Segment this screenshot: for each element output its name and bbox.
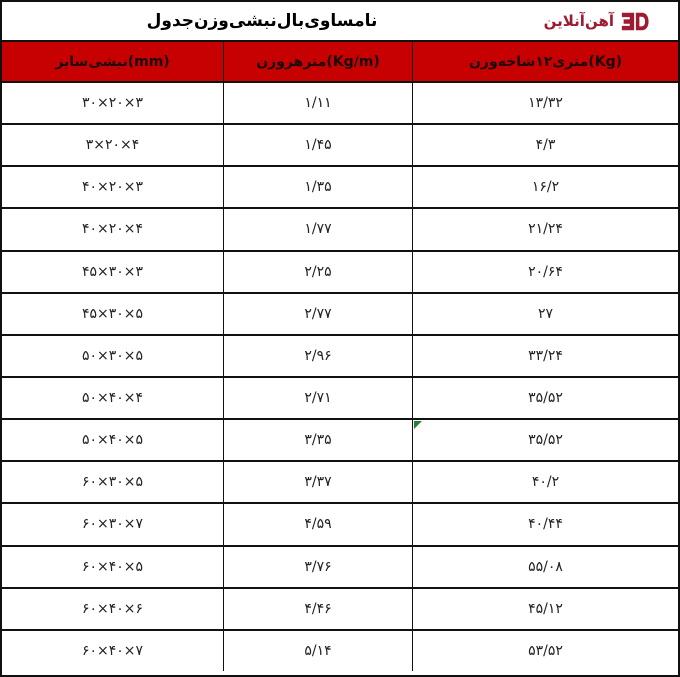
table-row: ۴۵×۳۰×۵ ۲/۷۷ ۲۷ — [2, 294, 678, 336]
cell-weight-per-meter: ۳/۳۵ — [223, 420, 412, 460]
cell-weight-12m-branch: ۳۵/۵۲ — [412, 420, 678, 460]
column-header-weight-per-meter: وزن هر متر (Kg/m) — [223, 42, 412, 81]
comment-flag-icon — [414, 421, 422, 429]
cell-weight-12m-branch: ۱۶/۲ — [412, 167, 678, 207]
cell-weight-12m-branch: ۲۱/۲۴ — [412, 209, 678, 249]
table-row: ۵۰×۳۰×۵ ۲/۹۶ ۳۳/۲۴ — [2, 336, 678, 378]
table-row: ۵۰×۴۰×۵ ۳/۳۵ ۳۵/۵۲ — [2, 420, 678, 462]
cell-size: ۵۰×۳۰×۵ — [2, 336, 223, 376]
cell-size: ۶۰×۳۰×۵ — [2, 462, 223, 502]
cell-weight-per-meter: ۳/۳۷ — [223, 462, 412, 502]
column-header-size: سایز نبشی (mm) — [2, 42, 223, 81]
table-row: ۴۰×۲۰×۳ ۱/۳۵ ۱۶/۲ — [2, 167, 678, 209]
weight-table-page: جدول وزن نبشی بال نامساوی آهن‌آنلاین سای… — [0, 0, 680, 677]
table-row: ۶۰×۳۰×۵ ۳/۳۷ ۴۰/۲ — [2, 462, 678, 504]
cell-size: ۵۰×۴۰×۴ — [2, 378, 223, 418]
cell-weight-12m-branch: ۵۳/۵۲ — [412, 631, 678, 671]
cell-weight-per-meter: ۱/۴۵ — [223, 125, 412, 165]
page-title: جدول وزن نبشی بال نامساوی — [2, 2, 522, 40]
cell-size: ۳×۲۰×۴ — [2, 125, 223, 165]
cell-size: ۶۰×۴۰×۷ — [2, 631, 223, 671]
table-row: ۳×۲۰×۴ ۱/۴۵ ۴/۳ — [2, 125, 678, 167]
cell-weight-12m-branch: ۵۵/۰۸ — [412, 547, 678, 587]
table-row: ۶۰×۴۰×۷ ۵/۱۴ ۵۳/۵۲ — [2, 631, 678, 671]
cell-weight-12m-branch: ۴/۳ — [412, 125, 678, 165]
cell-weight-per-meter: ۴/۵۹ — [223, 504, 412, 544]
cell-weight-12m-branch: ۳۵/۵۲ — [412, 378, 678, 418]
cell-weight-12m-branch: ۴۰/۴۴ — [412, 504, 678, 544]
cell-weight-per-meter: ۱/۱۱ — [223, 83, 412, 123]
column-header-weight-12m-branch: وزن شاخه ۱۲ متری (Kg) — [412, 42, 678, 81]
table-row: ۴۰×۲۰×۴ ۱/۷۷ ۲۱/۲۴ — [2, 209, 678, 251]
cell-size: ۳۰×۲۰×۳ — [2, 83, 223, 123]
table-header-row: سایز نبشی (mm) وزن هر متر (Kg/m) وزن شاخ… — [2, 42, 678, 83]
table-frame: جدول وزن نبشی بال نامساوی آهن‌آنلاین سای… — [0, 0, 680, 677]
cell-weight-per-meter: ۲/۹۶ — [223, 336, 412, 376]
cell-weight-per-meter: ۳/۷۶ — [223, 547, 412, 587]
table-row: ۴۵×۳۰×۳ ۲/۲۵ ۲۰/۶۴ — [2, 252, 678, 294]
cell-size: ۴۵×۳۰×۵ — [2, 294, 223, 334]
title-bar: جدول وزن نبشی بال نامساوی آهن‌آنلاین — [2, 2, 678, 42]
cell-weight-per-meter: ۲/۷۷ — [223, 294, 412, 334]
table-body: ۳۰×۲۰×۳ ۱/۱۱ ۱۳/۳۲ ۳×۲۰×۴ ۱/۴۵ ۴/۳ ۴۰×۲۰… — [2, 83, 678, 671]
table-row: ۶۰×۴۰×۵ ۳/۷۶ ۵۵/۰۸ — [2, 547, 678, 589]
cell-size: ۶۰×۳۰×۷ — [2, 504, 223, 544]
cell-size: ۴۰×۲۰×۴ — [2, 209, 223, 249]
ahan-online-logo[interactable]: آهن‌آنلاین — [544, 2, 650, 40]
table-row: ۵۰×۴۰×۴ ۲/۷۱ ۳۵/۵۲ — [2, 378, 678, 420]
cell-weight-per-meter: ۲/۷۱ — [223, 378, 412, 418]
cell-weight-12m-branch: ۴۰/۲ — [412, 462, 678, 502]
cell-weight-per-meter: ۴/۴۶ — [223, 589, 412, 629]
cell-size: ۴۵×۳۰×۳ — [2, 252, 223, 292]
cell-weight-12m-branch: ۴۵/۱۲ — [412, 589, 678, 629]
cell-weight-12m-branch: ۲۰/۶۴ — [412, 252, 678, 292]
cell-weight-12m-branch: ۱۳/۳۲ — [412, 83, 678, 123]
cell-size: ۶۰×۴۰×۶ — [2, 589, 223, 629]
cell-weight-per-meter: ۱/۷۷ — [223, 209, 412, 249]
cell-weight-per-meter: ۲/۲۵ — [223, 252, 412, 292]
table-row: ۶۰×۴۰×۶ ۴/۴۶ ۴۵/۱۲ — [2, 589, 678, 631]
cell-size: ۴۰×۲۰×۳ — [2, 167, 223, 207]
cell-weight-12m-branch: ۳۳/۲۴ — [412, 336, 678, 376]
table-row: ۶۰×۳۰×۷ ۴/۵۹ ۴۰/۴۴ — [2, 504, 678, 546]
brand-name: آهن‌آنلاین — [544, 12, 614, 30]
cell-weight-12m-branch: ۲۷ — [412, 294, 678, 334]
cell-weight-per-meter: ۵/۱۴ — [223, 631, 412, 671]
cell-weight-per-meter: ۱/۳۵ — [223, 167, 412, 207]
cell-size: ۵۰×۴۰×۵ — [2, 420, 223, 460]
cell-size: ۶۰×۴۰×۵ — [2, 547, 223, 587]
table-row: ۳۰×۲۰×۳ ۱/۱۱ ۱۳/۳۲ — [2, 83, 678, 125]
ahan-online-logo-icon — [620, 11, 650, 32]
